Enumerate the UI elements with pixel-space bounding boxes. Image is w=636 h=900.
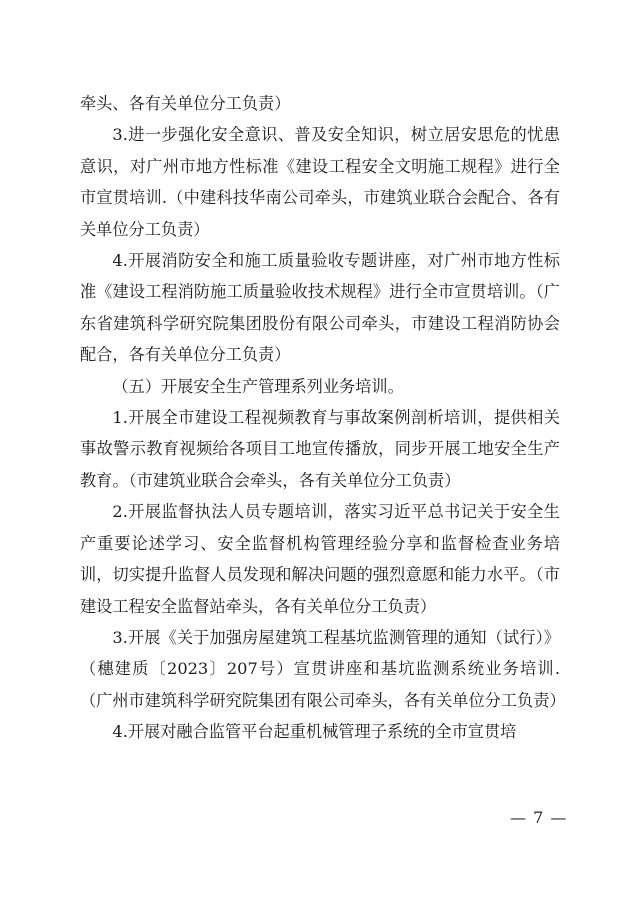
paragraph-item-1-video-education: 1.开展全市建设工程视频教育与事故案例剖析培训，提供相关事故警示教育视频给各项目… [80,402,560,496]
paragraph-item-2-supervisor-training: 2.开展监督执法人员专题培训，落实习近平总书记关于安全生产重要论述学习、安全监督… [80,496,560,622]
section-heading-5: （五）开展安全生产管理系列业务培训。 [80,371,560,402]
paragraph-item-3-foundation-pit: 3.开展《关于加强房屋建筑工程基坑监测管理的通知（试行）》（穗建质〔2023〕2… [80,622,560,716]
paragraph-item-4-crane-system: 4.开展对融合监管平台起重机械管理子系统的全市宣贯培 [80,716,560,747]
body-text: 牵头、各有关单位分工负责） 3.进一步强化安全意识、普及安全知识，树立居安思危的… [80,88,560,748]
paragraph-item-4-fire-safety: 4.开展消防安全和施工质量验收专题讲座，对广州市地方性标准《建设工程消防施工质量… [80,245,560,371]
document-page: 牵头、各有关单位分工负责） 3.进一步强化安全意识、普及安全知识，树立居安思危的… [0,0,636,900]
paragraph-item-3-publicity: 3.进一步强化安全意识、普及安全知识，树立居安思危的忧患意识，对广州市地方性标准… [80,119,560,245]
paragraph-continuation: 牵头、各有关单位分工负责） [80,88,560,119]
page-number: — 7 — [510,808,567,827]
